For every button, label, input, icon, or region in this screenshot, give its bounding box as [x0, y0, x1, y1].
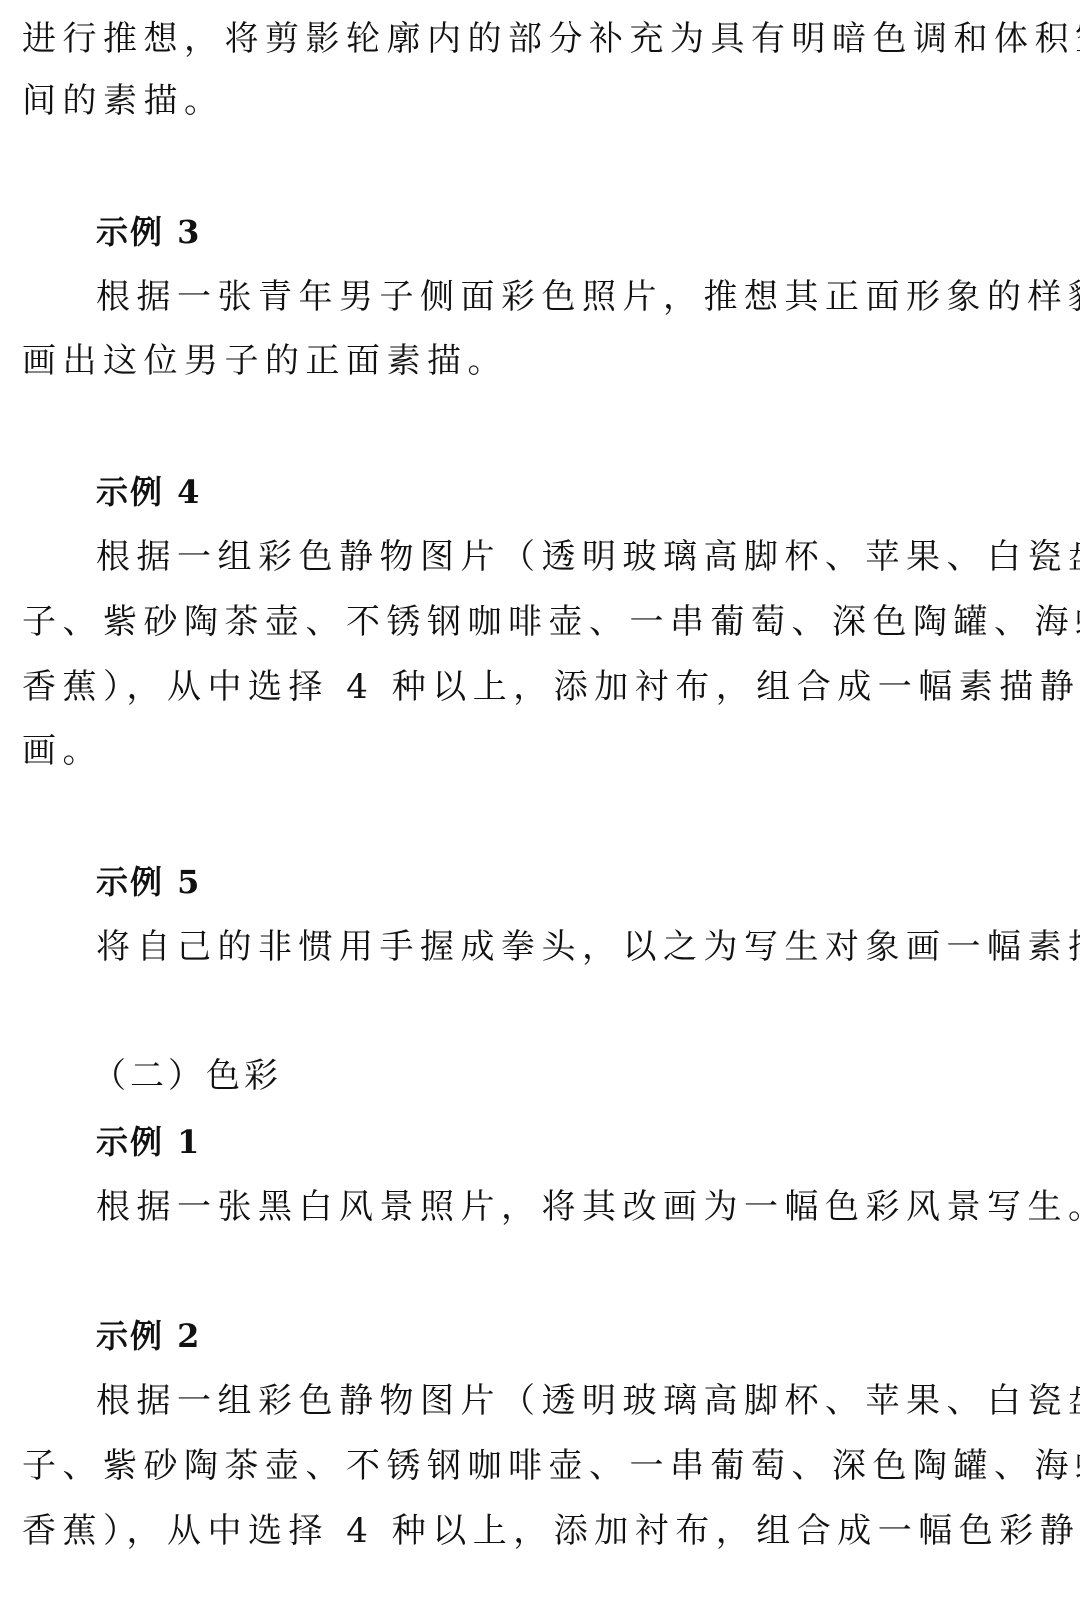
paragraph-line: 将自己的非惯用手握成拳头，以之为写生对象画一幅素描。: [96, 924, 1058, 970]
example-heading: 示例 1: [96, 1120, 201, 1164]
paragraph-line: 子、紫砂陶茶壶、不锈钢咖啡壶、一串葡萄、深色陶罐、海螺、: [22, 1443, 1058, 1489]
section-heading: （二）色彩: [92, 1053, 282, 1099]
paragraph-line: 根据一组彩色静物图片（透明玻璃高脚杯、苹果、白瓷盘: [96, 534, 1058, 580]
example-heading: 示例 5: [96, 860, 201, 904]
paragraph-line: 根据一张青年男子侧面彩色照片，推想其正面形象的样貌，: [96, 274, 1058, 320]
paragraph-line: 画。: [22, 728, 1058, 774]
paragraph-line: 进行推想，将剪影轮廓内的部分补充为具有明暗色调和体积空: [22, 16, 1058, 62]
paragraph-line: 画出这位男子的正面素描。: [22, 338, 1058, 384]
example-heading: 示例 4: [96, 470, 201, 514]
paragraph-line: 香蕉），从中选择 4 种以上，添加衬布，组合成一幅色彩静物: [22, 1508, 1058, 1554]
paragraph-line: 根据一组彩色静物图片（透明玻璃高脚杯、苹果、白瓷盘: [96, 1378, 1058, 1424]
paragraph-line: 根据一张黑白风景照片，将其改画为一幅色彩风景写生。: [96, 1184, 1058, 1230]
example-heading: 示例 3: [96, 210, 201, 254]
paragraph-line: 香蕉），从中选择 4 种以上，添加衬布，组合成一幅素描静物: [22, 664, 1058, 710]
paragraph-line: 子、紫砂陶茶壶、不锈钢咖啡壶、一串葡萄、深色陶罐、海螺、: [22, 599, 1058, 645]
paragraph-line: 间的素描。: [22, 78, 1058, 124]
example-heading: 示例 2: [96, 1314, 201, 1358]
